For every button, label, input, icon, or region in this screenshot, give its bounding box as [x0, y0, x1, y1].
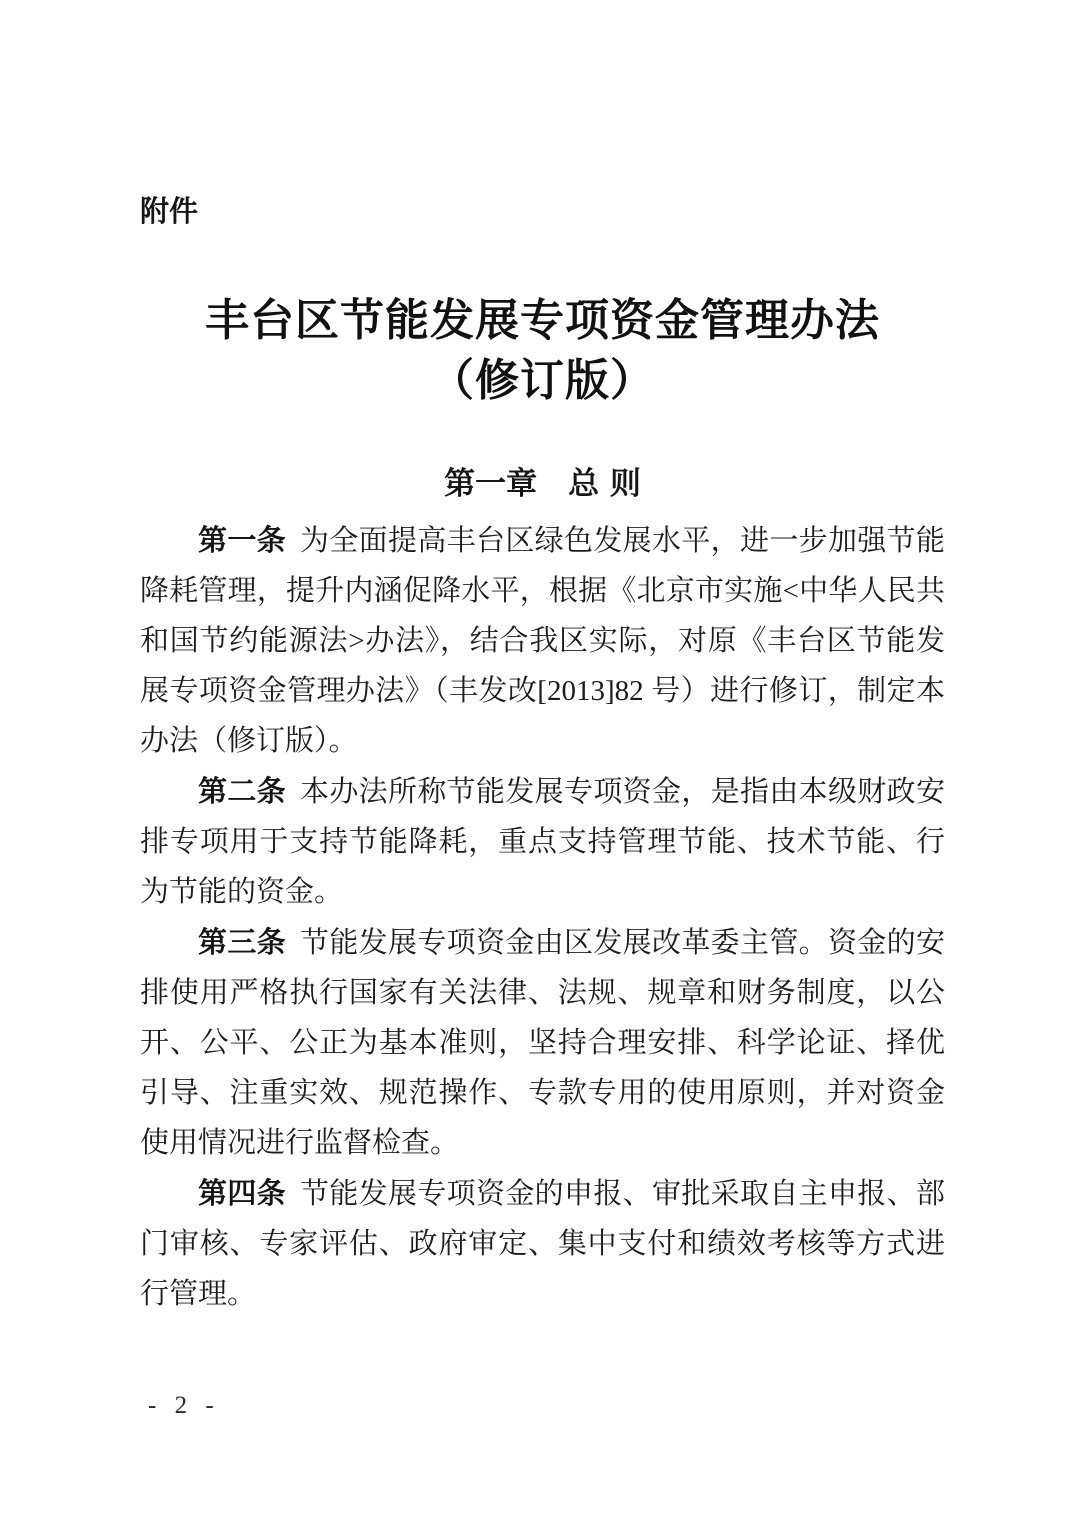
article-2-label: 第二条	[198, 774, 286, 808]
document-title: 丰台区节能发展专项资金管理办法 （修订版）	[140, 291, 945, 411]
page-number: - 2 -	[148, 1392, 220, 1420]
document-title-line1: 丰台区节能发展专项资金管理办法	[140, 291, 945, 351]
attachment-label: 附件	[140, 195, 945, 227]
document-body: 第一条为全面提高丰台区绿色发展水平，进一步加强节能降耗管理，提升内涵促降水平，根…	[140, 515, 945, 1319]
article-4: 第四条节能发展专项资金的申报、审批采取自主申报、部门审核、专家评估、政府审定、集…	[140, 1168, 945, 1319]
document-content: 附件 丰台区节能发展专项资金管理办法 （修订版） 第一章 总 则 第一条为全面提…	[0, 0, 1080, 1319]
document-title-line2: （修订版）	[140, 351, 945, 411]
article-3: 第三条节能发展专项资金由区发展改革委主管。资金的安排使用严格执行国家有关法律、法…	[140, 917, 945, 1168]
article-1: 第一条为全面提高丰台区绿色发展水平，进一步加强节能降耗管理，提升内涵促降水平，根…	[140, 515, 945, 766]
article-4-label: 第四条	[198, 1176, 286, 1210]
article-3-label: 第三条	[198, 925, 286, 959]
article-3-text: 节能发展专项资金由区发展改革委主管。资金的安排使用严格执行国家有关法律、法规、规…	[140, 927, 945, 1159]
article-2: 第二条本办法所称节能发展专项资金，是指由本级财政安排专项用于支持节能降耗，重点支…	[140, 766, 945, 917]
article-1-label: 第一条	[198, 523, 286, 557]
document-page: 附件 丰台区节能发展专项资金管理办法 （修订版） 第一章 总 则 第一条为全面提…	[0, 0, 1080, 1527]
chapter-heading: 第一章 总 则	[140, 465, 945, 503]
article-1-text: 为全面提高丰台区绿色发展水平，进一步加强节能降耗管理，提升内涵促降水平，根据《北…	[140, 525, 945, 757]
